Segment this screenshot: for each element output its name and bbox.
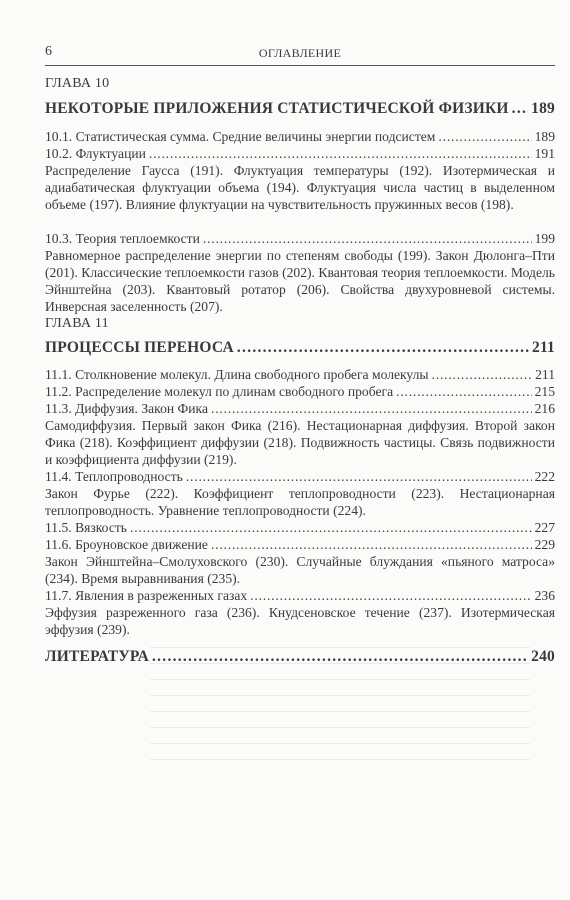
dot-leader [432,366,533,383]
toc-entry[interactable]: 10.3. Теория теплоемкости 199 [45,230,555,247]
toc-entry[interactable]: 11.1. Столкновение молекул. Длина свобод… [45,366,555,383]
toc-entry[interactable]: 11.4. Теплопроводность 222 [45,468,555,485]
chapter-title-text: ПРОЦЕССЫ ПЕРЕНОСА [45,339,234,357]
entry-description: Распределение Гаусса (191). Флуктуация т… [45,162,555,213]
entry-page: 222 [535,468,555,485]
entry-page: 236 [535,587,555,604]
entry-page: 211 [535,366,555,383]
dot-leader [250,587,531,604]
dot-leader [203,230,532,247]
entry-page: 215 [535,383,555,400]
chapter-page: 189 [531,100,555,118]
chapter-title[interactable]: НЕКОТОРЫЕ ПРИЛОЖЕНИЯ СТАТИСТИЧЕСКОЙ ФИЗИ… [45,100,555,118]
entry-title: 11.1. Столкновение молекул. Длина свобод… [45,366,429,383]
entry-page: 199 [535,230,555,247]
entry-page: 216 [535,400,555,417]
entry-page: 227 [535,519,555,536]
dot-leader [130,519,532,536]
toc-entry[interactable]: 11.5. Вязкость 227 [45,519,555,536]
entry-title: 10.2. Флуктуации [45,145,146,162]
entry-title: 11.4. Теплопроводность [45,468,183,485]
toc-entry[interactable]: 11.3. Диффузия. Закон Фика 216 [45,400,555,417]
header-rule [45,65,555,66]
entry-description: Закон Эйнштейна–Смолуховского (230). Слу… [45,553,555,587]
bleed-through [0,632,570,900]
entry-title: 10.3. Теория теплоемкости [45,230,200,247]
entry-title: 10.1. Статистическая сумма. Средние вели… [45,128,435,145]
running-header: 6 ОГЛАВЛЕНИЕ [45,44,555,64]
entry-description: Равномерное распределение энергии по сте… [45,247,555,315]
entry-page: 229 [535,536,555,553]
toc-entry[interactable]: 10.2. Флуктуации 191 [45,145,555,162]
chapter-page: 211 [532,339,555,357]
entry-title: 11.2. Распределение молекул по длинам св… [45,383,393,400]
entry-title: 11.7. Явления в разреженных газах [45,587,247,604]
running-title: ОГЛАВЛЕНИЕ [45,46,555,61]
dot-leader [396,383,531,400]
dot-leader [149,145,532,162]
entry-description: Самодиффузия. Первый закон Фика (216). Н… [45,417,555,468]
chapter-label: ГЛАВА 10 [45,76,109,92]
dot-leader [211,536,532,553]
dot-leader [186,468,532,485]
entry-title: 11.5. Вязкость [45,519,127,536]
dot-leader [237,339,529,357]
dot-leader [438,128,531,145]
chapter-label: ГЛАВА 11 [45,316,109,332]
toc-entry[interactable]: 11.6. Броуновское движение 229 [45,536,555,553]
entry-page: 189 [535,128,555,145]
dot-leader [211,400,532,417]
entry-description: Закон Фурье (222). Коэффициент теплопров… [45,485,555,519]
entry-title: 11.6. Броуновское движение [45,536,208,553]
toc-entry[interactable]: 11.7. Явления в разреженных газах 236 [45,587,555,604]
chapter-title[interactable]: ПРОЦЕССЫ ПЕРЕНОСА 211 [45,339,555,357]
chapter-title-text: НЕКОТОРЫЕ ПРИЛОЖЕНИЯ СТАТИСТИЧЕСКОЙ ФИЗИ… [45,100,509,118]
entry-title: 11.3. Диффузия. Закон Фика [45,400,208,417]
toc-entry[interactable]: 10.1. Статистическая сумма. Средние вели… [45,128,555,145]
entry-page: 191 [535,145,555,162]
toc-entry[interactable]: 11.2. Распределение молекул по длинам св… [45,383,555,400]
dot-leader [512,100,528,118]
